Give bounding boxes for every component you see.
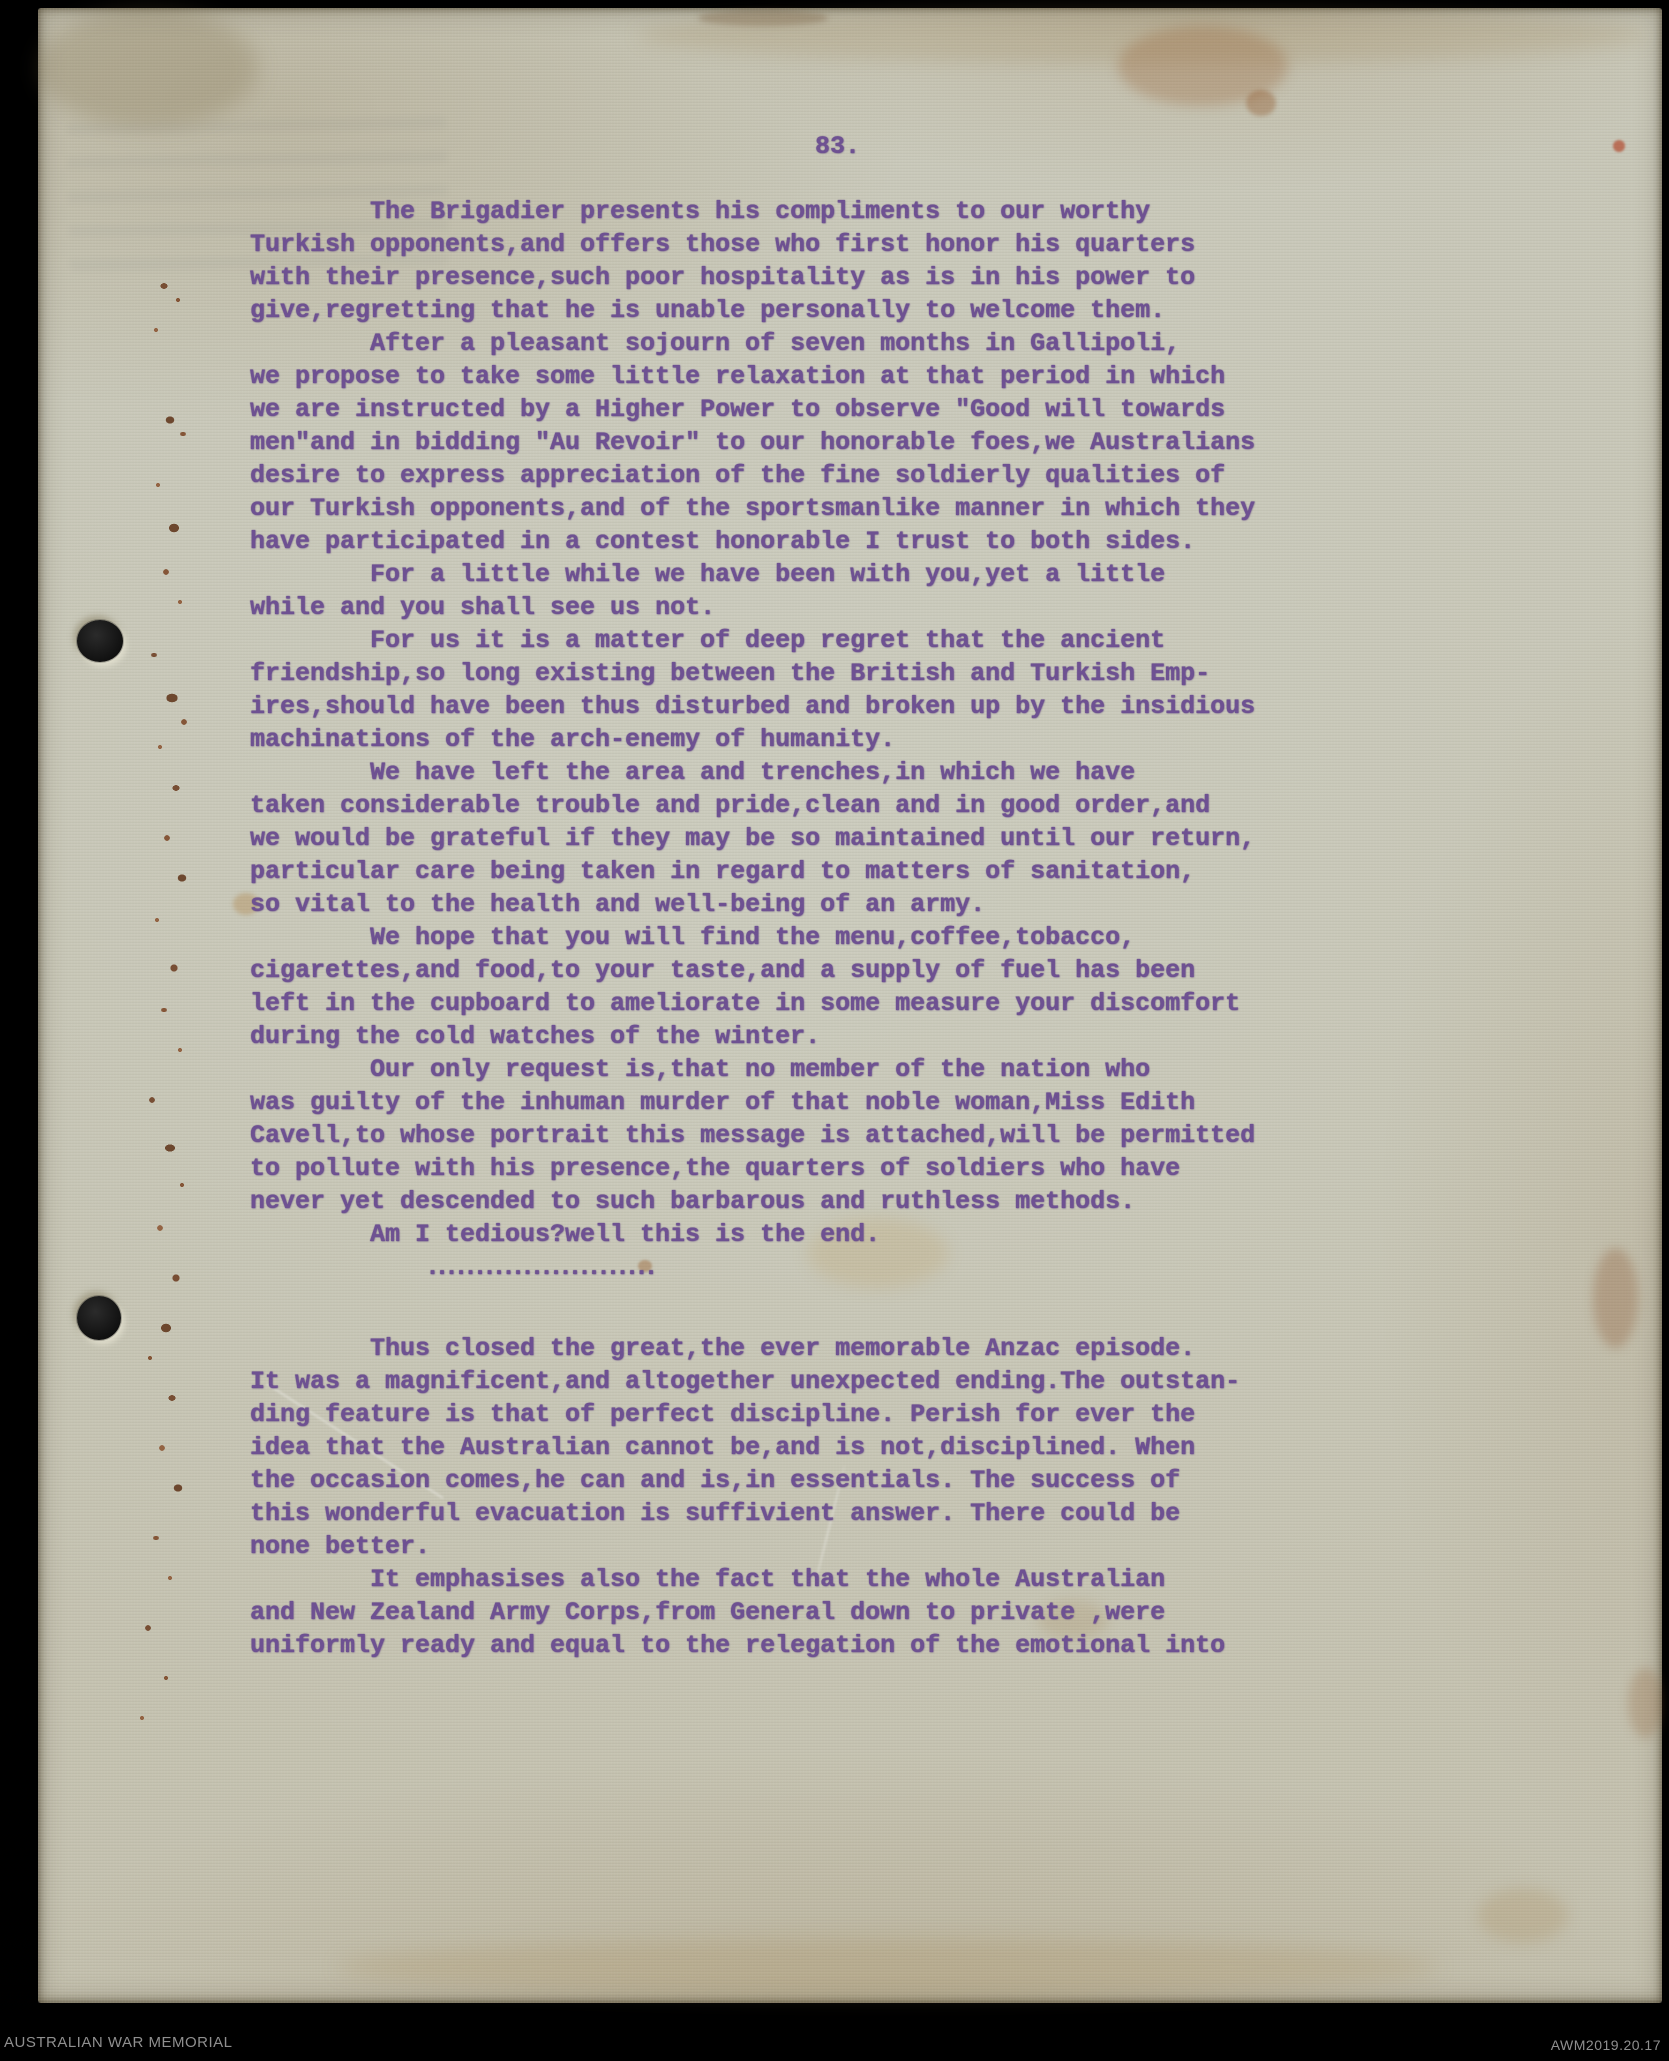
scanned-document-screen: 83. The Brigadier presents his complimen…	[0, 0, 1669, 2061]
stain	[698, 10, 828, 26]
reference-number: AWM2019.20.17	[1551, 2037, 1661, 2053]
paragraph: The Brigadier presents his compliments t…	[250, 195, 1330, 327]
stain	[338, 1938, 1438, 1996]
paragraph: After a pleasant sojourn of seven months…	[250, 327, 1330, 558]
rust-speckles	[120, 260, 210, 1730]
stain	[1628, 1668, 1663, 1738]
stain	[1613, 140, 1625, 152]
section-separator-dots: ........................	[250, 1251, 1330, 1284]
page-number: 83.	[250, 130, 1330, 163]
stain	[1478, 1888, 1568, 1943]
stain	[1593, 1248, 1638, 1348]
stain	[1246, 90, 1276, 116]
paragraph: For us it is a matter of deep regret tha…	[250, 624, 1330, 756]
paragraph: We have left the area and trenches,in wh…	[250, 756, 1330, 921]
document-page: 83. The Brigadier presents his complimen…	[38, 8, 1662, 2003]
punch-hole-bottom	[77, 1296, 121, 1340]
paragraph: Our only request is,that no member of th…	[250, 1053, 1330, 1218]
archive-watermark: AUSTRALIAN WAR MEMORIAL	[4, 2034, 232, 2051]
stain	[38, 8, 258, 128]
punch-hole-top	[77, 620, 123, 662]
paragraph: Thus closed the great,the ever memorable…	[250, 1332, 1330, 1563]
stain	[638, 8, 1648, 63]
paragraph: It emphasises also the fact that the who…	[250, 1563, 1330, 1662]
stain	[1118, 26, 1288, 106]
paragraph: For a little while we have been with you…	[250, 558, 1330, 624]
paragraph: We hope that you will find the menu,coff…	[250, 921, 1330, 1053]
paragraph: Am I tedious?well this is the end.	[250, 1218, 1330, 1251]
typewritten-text: 83. The Brigadier presents his complimen…	[250, 130, 1330, 1662]
